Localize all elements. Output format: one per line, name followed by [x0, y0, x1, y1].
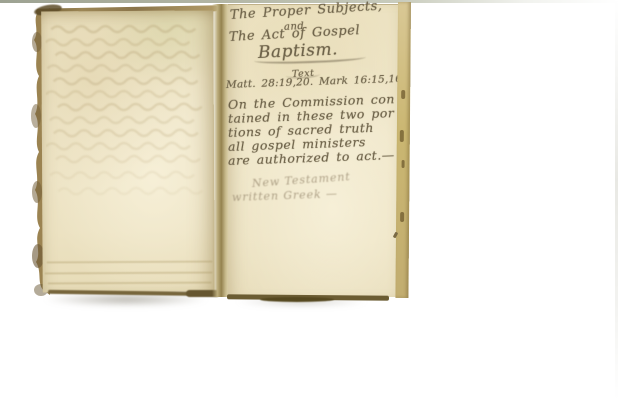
page-stack-line	[45, 272, 213, 275]
fore-edge-speck	[400, 212, 404, 222]
right-page-paper: The Proper Subjects, and The Act of Gosp…	[228, 4, 402, 297]
fore-edge-speck	[401, 90, 405, 99]
bleedthrough-writing	[45, 17, 210, 204]
scripture-references: Matt. 28:19,20. Mark 16:15,16.	[226, 73, 406, 91]
fore-edge-speck	[400, 130, 404, 142]
right-page-bottom-edge-blob	[260, 297, 334, 302]
pencil-note-line-2: written Greek —	[232, 187, 338, 204]
page-stack-line	[48, 282, 212, 285]
right-page-fore-edge	[395, 2, 411, 298]
title-line-1: The Proper Subjects,	[230, 0, 383, 23]
page-stack-line	[47, 261, 213, 264]
left-page-paper	[41, 11, 214, 293]
fore-edge-speck	[402, 160, 405, 168]
scanned-notebook-photo: The Proper Subjects, and The Act of Gosp…	[0, 0, 618, 400]
